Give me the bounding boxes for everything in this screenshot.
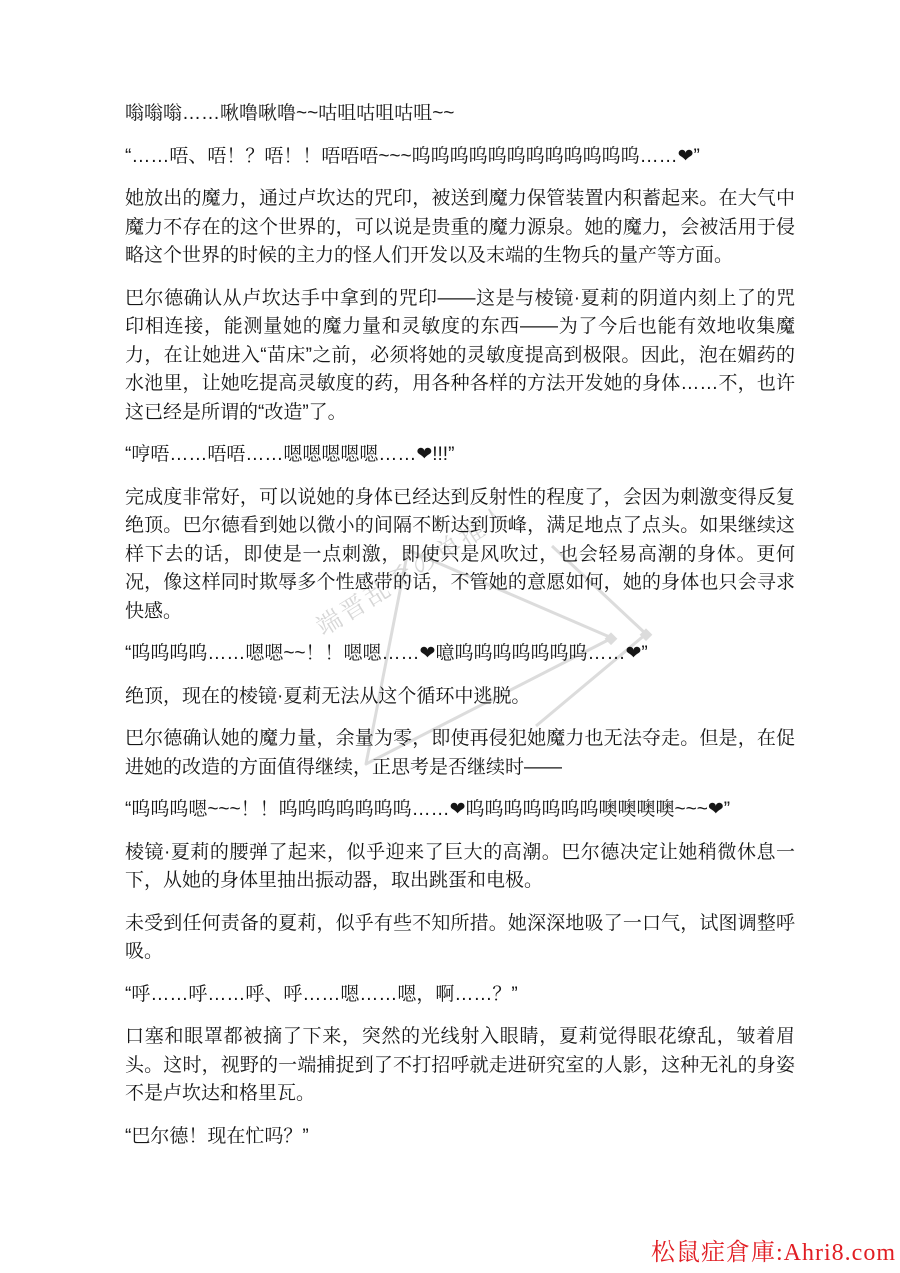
site-credit-text: 松鼠症倉庫:Ahri8.com	[651, 1232, 896, 1267]
story-text-block: 嗡嗡嗡……啾噜啾噜~~咕咀咕咀咕咀~~ “……唔、唔！？唔！！唔唔唔~~~呜呜呜…	[125, 100, 795, 1165]
dialogue-line: “呜呜呜呜……嗯嗯~~！！嗯嗯……❤噫呜呜呜呜呜呜呜……❤”	[125, 640, 795, 669]
narration-paragraph: 绝顶，现在的棱镜·夏莉无法从这个循环中逃脱。	[125, 683, 795, 712]
dialogue-line: “呜呜呜嗯~~~！！呜呜呜呜呜呜呜……❤呜呜呜呜呜呜呜噢噢噢噢~~~❤”	[125, 796, 795, 825]
dialogue-line: “哼唔……唔唔……嗯嗯嗯嗯嗯……❤!!!”	[125, 441, 795, 470]
narration-paragraph: 未受到任何责备的夏莉，似乎有些不知所措。她深深地吸了一口气，试图调整呼吸。	[125, 910, 795, 967]
dialogue-line: “呼……呼……呼、呼……嗯……嗯，啊……？”	[125, 981, 795, 1010]
dialogue-line: “巴尔德！现在忙吗？”	[125, 1123, 795, 1152]
narration-paragraph: 棱镜·夏莉的腰弹了起来，似乎迎来了巨大的高潮。巴尔德决定让她稍微休息一下，从她的…	[125, 839, 795, 896]
narration-paragraph: 口塞和眼罩都被摘了下来，突然的光线射入眼睛，夏莉觉得眼花缭乱，皱着眉头。这时，视…	[125, 1023, 795, 1109]
dialogue-line: “……唔、唔！？唔！！唔唔唔~~~呜呜呜呜呜呜呜呜呜呜呜呜……❤”	[125, 143, 795, 172]
sfx-line: 嗡嗡嗡……啾噜啾噜~~咕咀咕咀咕咀~~	[125, 100, 795, 129]
narration-paragraph: 她放出的魔力，通过卢坎达的咒印，被送到魔力保管装置内积蓄起来。在大气中魔力不存在…	[125, 185, 795, 271]
narration-paragraph: 巴尔德确认从卢坎达手中拿到的咒印——这是与棱镜·夏莉的阴道内刻上了的咒印相连接，…	[125, 285, 795, 428]
narration-paragraph: 完成度非常好，可以说她的身体已经达到反射性的程度了，会因为刺激变得反复绝顶。巴尔…	[125, 484, 795, 627]
narration-paragraph: 巴尔德确认她的魔力量，余量为零，即使再侵犯她魔力也无法夺走。但是，在促进她的改造…	[125, 725, 795, 782]
